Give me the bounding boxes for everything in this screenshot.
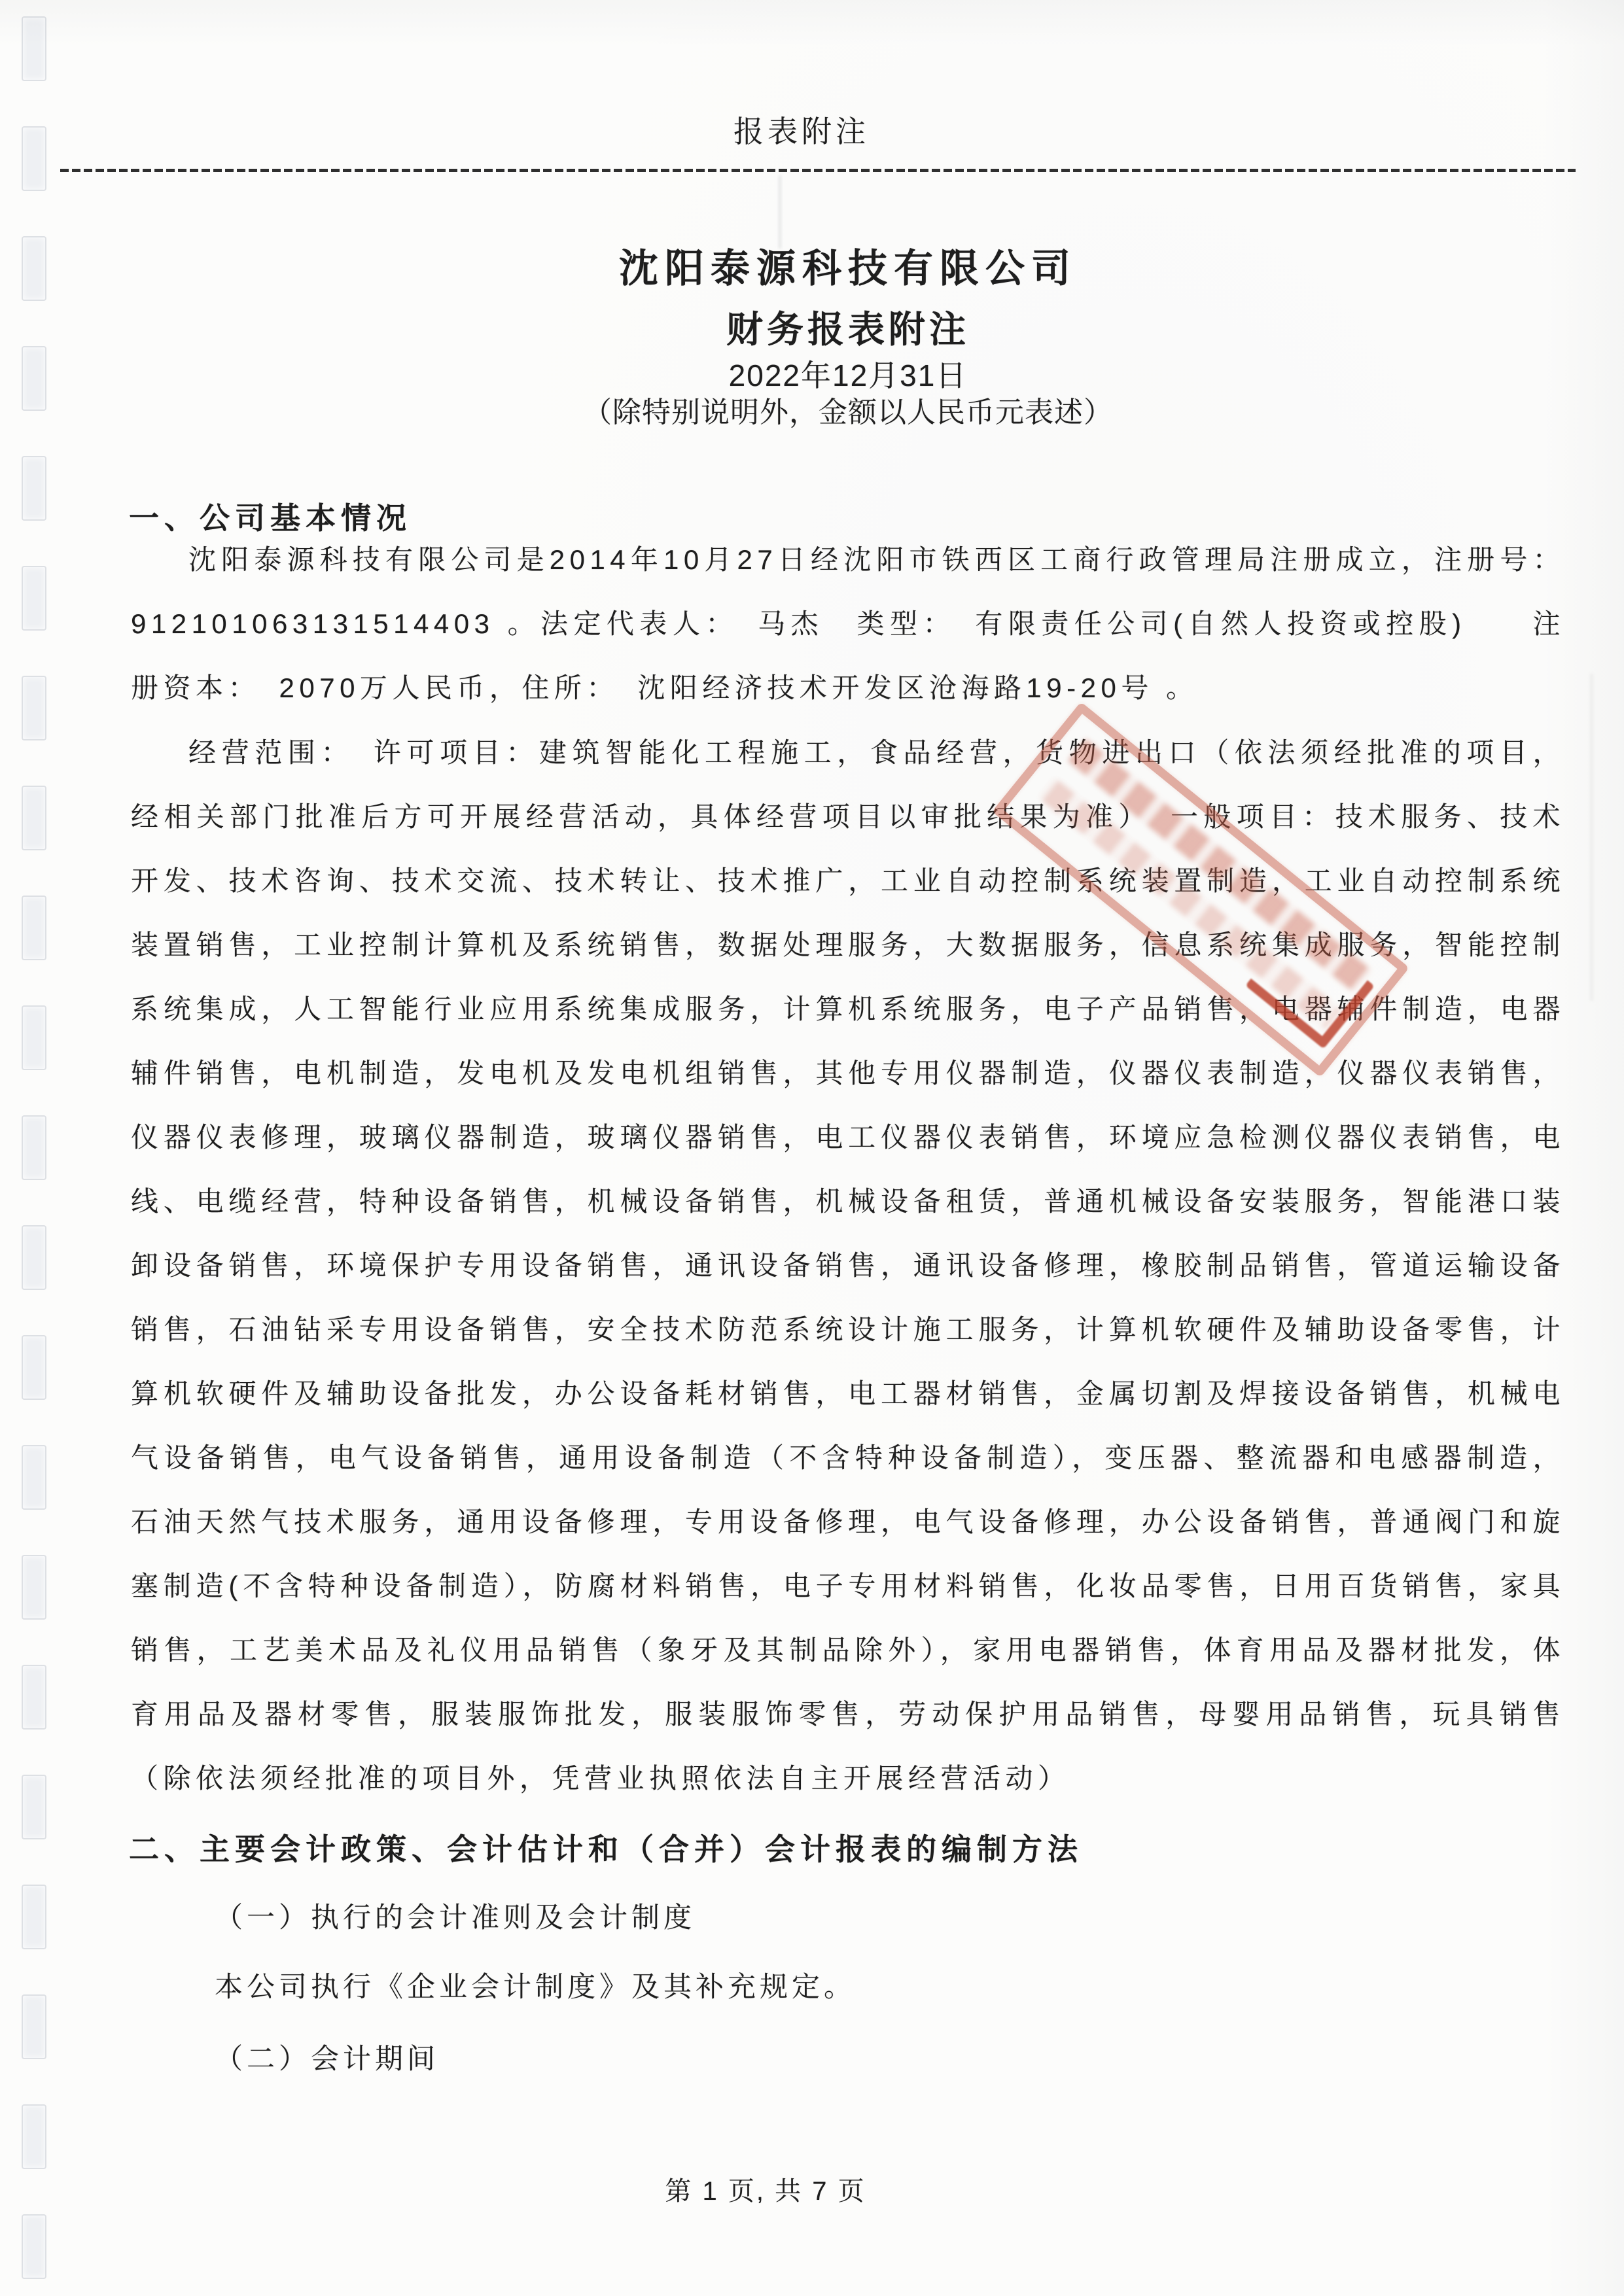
binder-hole — [22, 1555, 46, 1620]
registration-paragraph: 沈阳泰源科技有限公司是2014年10月27日经沈阳市铁西区工商行政管理局注册成立… — [131, 528, 1565, 720]
header-divider-dashed-line — [60, 169, 1576, 172]
binder-hole — [22, 1775, 46, 1839]
document-title: 财务报表附注 — [131, 309, 1565, 351]
binder-hole — [22, 2214, 46, 2279]
scan-artifact-streak — [1590, 674, 1593, 1001]
binder-hole — [22, 236, 46, 301]
binder-hole — [22, 2104, 46, 2169]
page-footer: 第 1 页, 共 7 页 — [0, 2170, 1531, 2208]
currency-note: （除特别说明外，金额以人民币元表述） — [131, 396, 1565, 430]
binder-hole — [22, 1225, 46, 1290]
binder-hole — [22, 1115, 46, 1180]
company-name: 沈阳泰源科技有限公司 — [131, 246, 1565, 291]
scan-artifact-streak — [779, 175, 781, 249]
document-page: 报表附注 沈阳泰源科技有限公司 财务报表附注 2022年12月31日 （除特别说… — [0, 0, 1624, 2296]
binder-hole — [22, 346, 46, 411]
binder-hole — [22, 1994, 46, 2059]
page-header-title: 报表附注 — [0, 115, 1603, 148]
binder-hole — [22, 1885, 46, 1949]
binder-hole — [22, 566, 46, 631]
binder-hole — [22, 1665, 46, 1730]
binder-hole — [22, 676, 46, 740]
binder-hole — [22, 16, 46, 81]
binder-hole — [22, 786, 46, 850]
subsection-2-heading: （二）会计期间 — [215, 2044, 439, 2076]
binder-hole — [22, 1005, 46, 1070]
binder-hole — [22, 456, 46, 521]
binder-hole — [22, 1445, 46, 1510]
business-scope-paragraph: 经营范围： 许可项目：建筑智能化工程施工，食品经营，货物进出口（依法须经批准的项… — [131, 721, 1565, 1811]
subsection-1-body: 本公司执行《企业会计制度》及其补充规定。 — [215, 1972, 856, 2004]
subsection-1-heading: （一）执行的会计准则及会计制度 — [215, 1902, 696, 1934]
binder-hole — [22, 896, 46, 960]
section-2-heading: 二、主要会计政策、会计估计和（合并）会计报表的编制方法 — [129, 1832, 1568, 1867]
report-date: 2022年12月31日 — [131, 358, 1565, 393]
binder-hole — [22, 1335, 46, 1400]
